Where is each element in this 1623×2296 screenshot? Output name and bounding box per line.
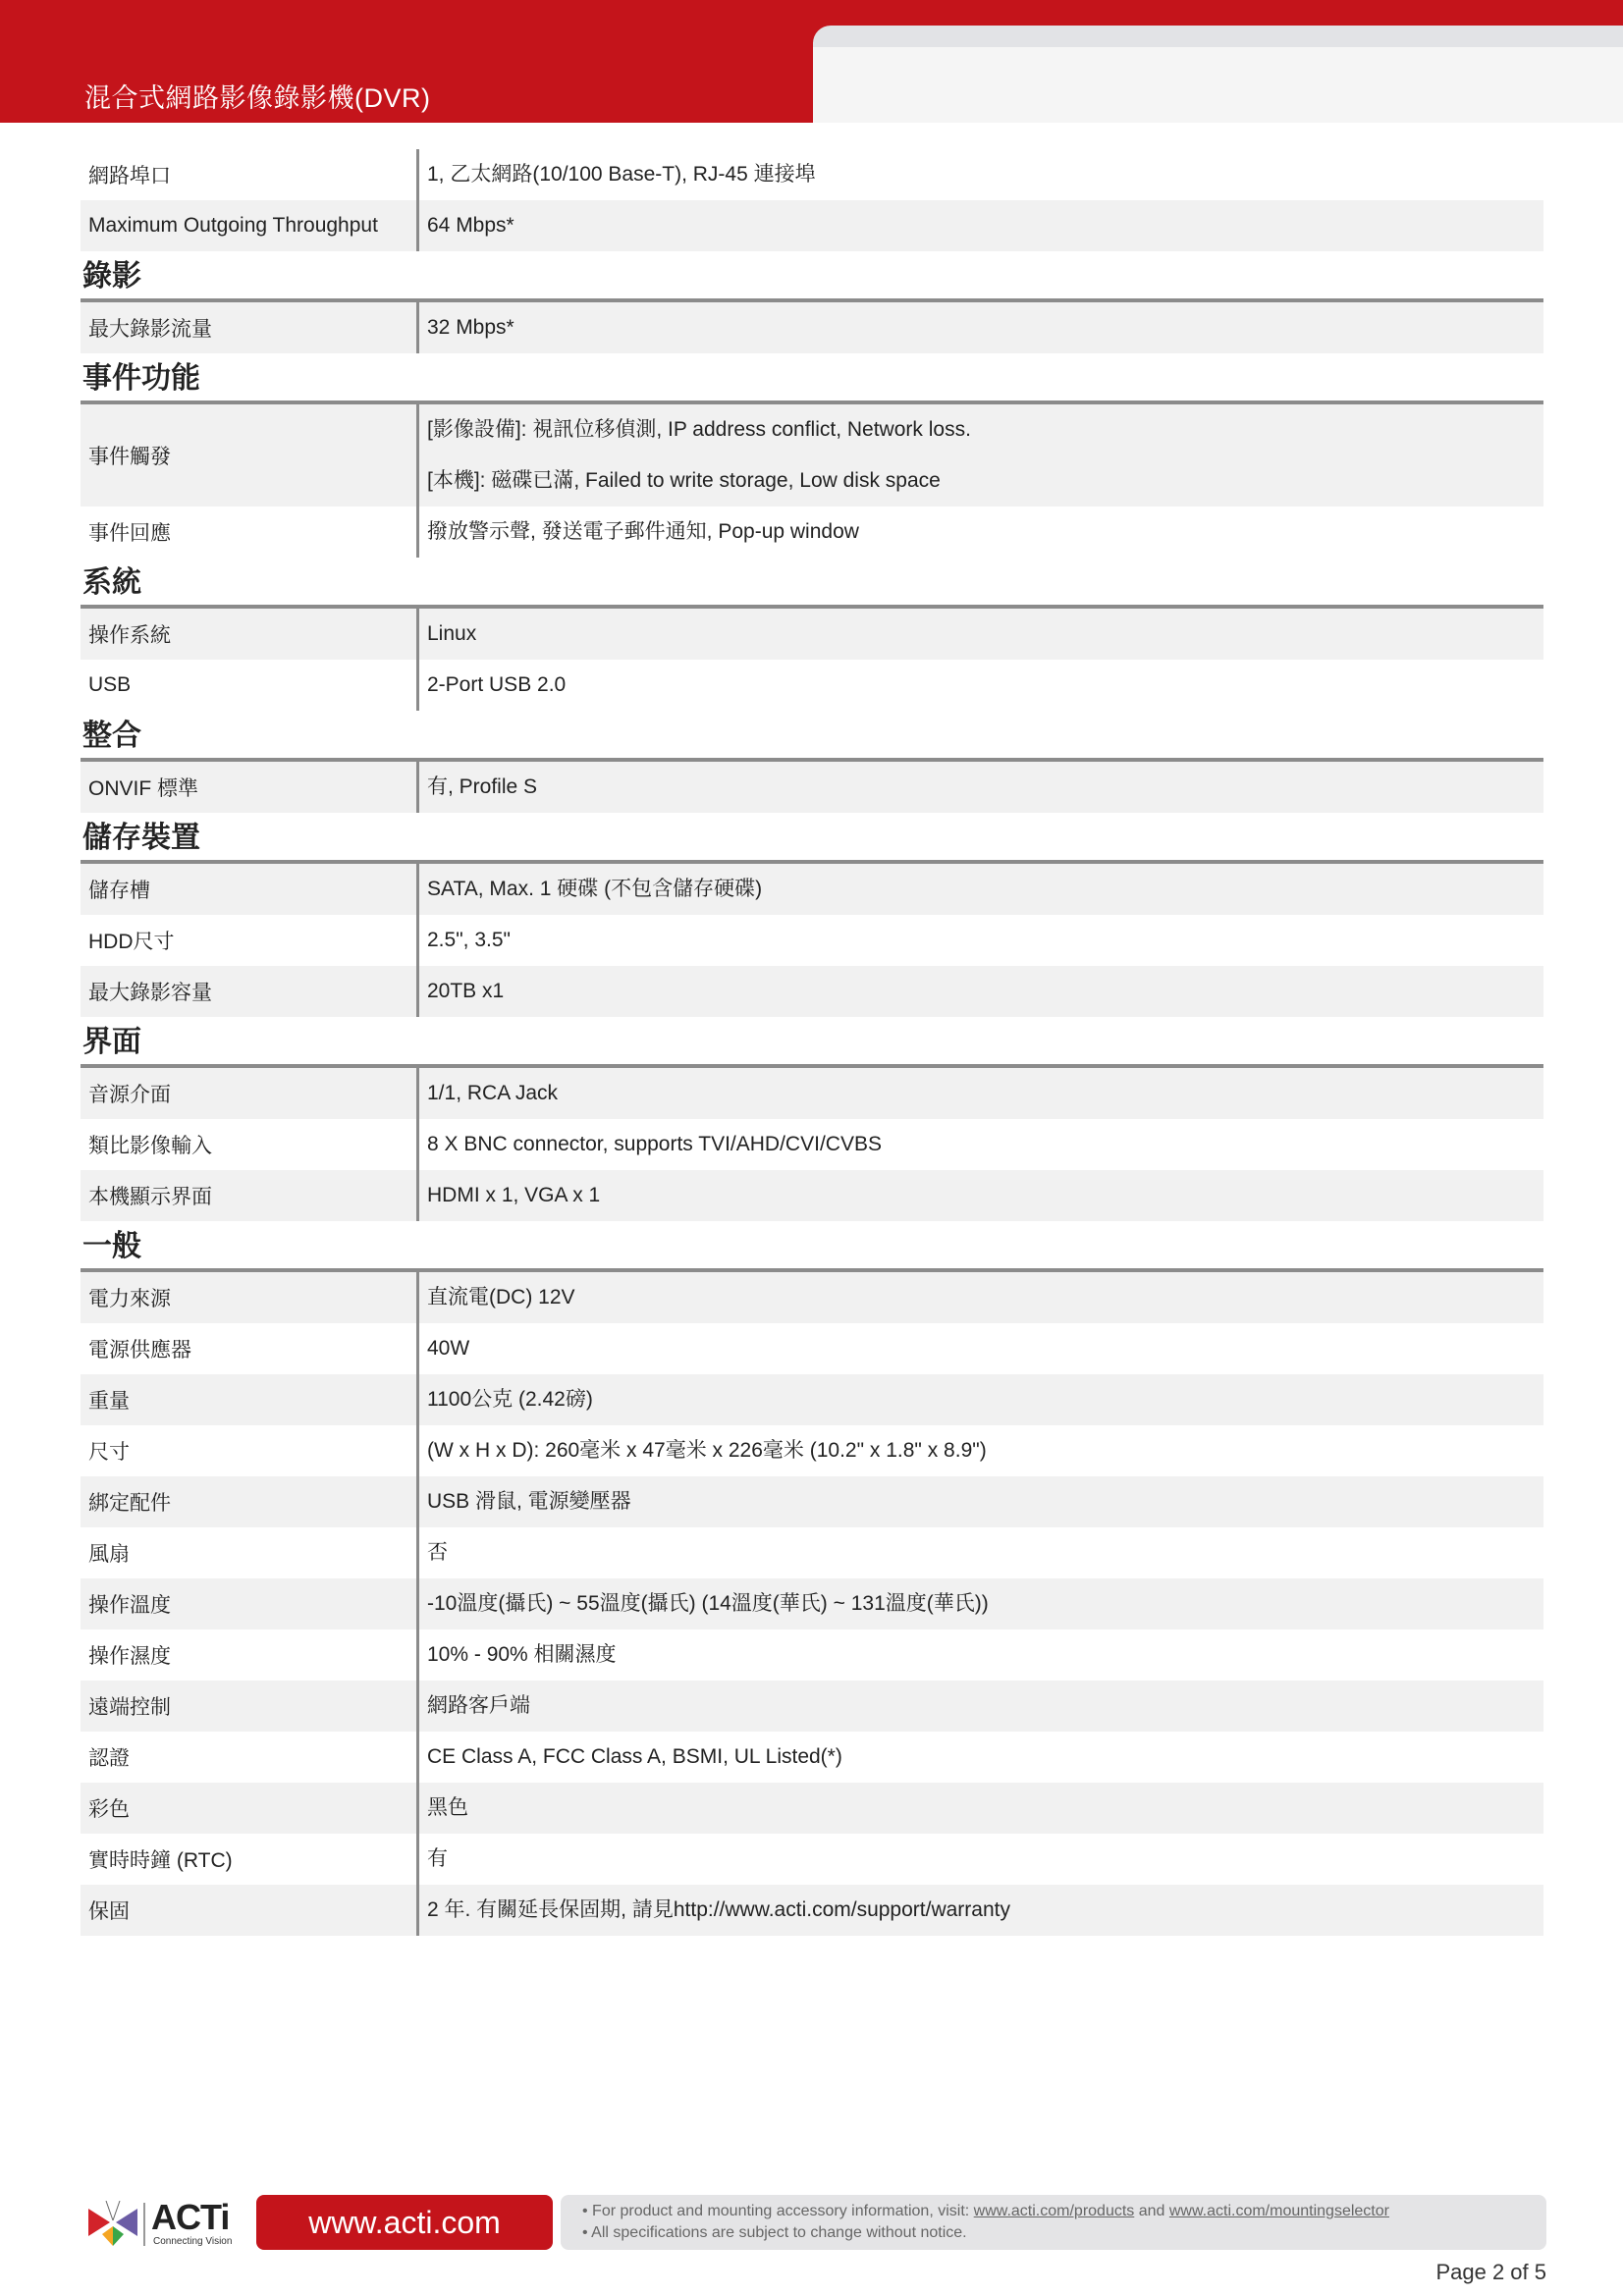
spec-row: 尺寸(W x H x D): 260毫米 x 47毫米 x 226毫米 (10.… bbox=[81, 1425, 1543, 1476]
spec-label: 最大錄影容量 bbox=[81, 966, 416, 1017]
spec-row: USB2-Port USB 2.0 bbox=[81, 660, 1543, 711]
spec-value: 40W bbox=[416, 1323, 1543, 1374]
spec-value: 有 bbox=[416, 1834, 1543, 1885]
spec-label: 彩色 bbox=[81, 1783, 416, 1834]
spec-label: 操作濕度 bbox=[81, 1629, 416, 1681]
spec-value-line: 32 Mbps* bbox=[427, 302, 1543, 353]
spec-value: 網路客戶端 bbox=[416, 1681, 1543, 1732]
spec-row: 儲存槽SATA, Max. 1 硬碟 (不包含儲存硬碟) bbox=[81, 864, 1543, 915]
spec-value: 2 年. 有關延長保固期, 請見http://www.acti.com/supp… bbox=[416, 1885, 1543, 1936]
section-title: 一般 bbox=[81, 1225, 1543, 1268]
acti-logo-icon bbox=[88, 2201, 137, 2248]
logo-tagline: Connecting Vision bbox=[153, 2236, 232, 2247]
spec-value-line: 1, 乙太網路(10/100 Base-T), RJ-45 連接埠 bbox=[427, 149, 1543, 200]
spec-table: 網路埠口1, 乙太網路(10/100 Base-T), RJ-45 連接埠Max… bbox=[81, 149, 1543, 1936]
spec-value-line: 20TB x1 bbox=[427, 966, 1543, 1017]
spec-value: HDMI x 1, VGA x 1 bbox=[416, 1170, 1543, 1221]
spec-value: CE Class A, FCC Class A, BSMI, UL Listed… bbox=[416, 1732, 1543, 1783]
spec-label: 綁定配件 bbox=[81, 1476, 416, 1527]
spec-row: 本機顯示界面HDMI x 1, VGA x 1 bbox=[81, 1170, 1543, 1221]
document-title: 混合式網路影像錄影機(DVR) bbox=[84, 77, 431, 115]
spec-value: 10% - 90% 相關濕度 bbox=[416, 1629, 1543, 1681]
spec-label: 最大錄影流量 bbox=[81, 302, 416, 353]
spec-label: HDD尺寸 bbox=[81, 915, 416, 966]
footer-notes: • For product and mounting accessory inf… bbox=[561, 2195, 1546, 2250]
spec-value: 1100公克 (2.42磅) bbox=[416, 1374, 1543, 1425]
spec-row: 認證CE Class A, FCC Class A, BSMI, UL List… bbox=[81, 1732, 1543, 1783]
spec-value: 1/1, RCA Jack bbox=[416, 1068, 1543, 1119]
spec-value-line: 64 Mbps* bbox=[427, 200, 1543, 251]
spec-value: 64 Mbps* bbox=[416, 200, 1543, 251]
section-title: 界面 bbox=[81, 1021, 1543, 1064]
spec-value-line: Linux bbox=[427, 609, 1543, 660]
section-title: 事件功能 bbox=[81, 357, 1543, 400]
spec-value-line: CE Class A, FCC Class A, BSMI, UL Listed… bbox=[427, 1732, 1543, 1783]
spec-value-line: [本機]: 磁碟已滿, Failed to write storage, Low… bbox=[427, 455, 1543, 507]
spec-row: 音源介面1/1, RCA Jack bbox=[81, 1068, 1543, 1119]
spec-value: 32 Mbps* bbox=[416, 302, 1543, 353]
spec-value-line: HDMI x 1, VGA x 1 bbox=[427, 1170, 1543, 1221]
spec-value-line: -10溫度(攝氏) ~ 55溫度(攝氏) (14溫度(華氏) ~ 131溫度(華… bbox=[427, 1578, 1543, 1629]
spec-label: 操作系統 bbox=[81, 609, 416, 660]
spec-value-line: 1/1, RCA Jack bbox=[427, 1068, 1543, 1119]
spec-row: 風扇否 bbox=[81, 1527, 1543, 1578]
spec-row: 保固2 年. 有關延長保固期, 請見http://www.acti.com/su… bbox=[81, 1885, 1543, 1936]
spec-value: -10溫度(攝氏) ~ 55溫度(攝氏) (14溫度(華氏) ~ 131溫度(華… bbox=[416, 1578, 1543, 1629]
spec-value: 20TB x1 bbox=[416, 966, 1543, 1017]
spec-label: ONVIF 標準 bbox=[81, 762, 416, 813]
spec-value-line: 1100公克 (2.42磅) bbox=[427, 1374, 1543, 1425]
spec-row: 電源供應器40W bbox=[81, 1323, 1543, 1374]
spec-row: 最大錄影容量20TB x1 bbox=[81, 966, 1543, 1017]
section-title: 系統 bbox=[81, 561, 1543, 605]
spec-value-line: 黑色 bbox=[427, 1783, 1543, 1834]
spec-row: 綁定配件USB 滑鼠, 電源變壓器 bbox=[81, 1476, 1543, 1527]
spec-value-line: 網路客戶端 bbox=[427, 1681, 1543, 1732]
spec-label: 事件觸發 bbox=[81, 404, 416, 507]
spec-label: 操作溫度 bbox=[81, 1578, 416, 1629]
spec-value-line: 10% - 90% 相關濕度 bbox=[427, 1629, 1543, 1681]
spec-value-line: 40W bbox=[427, 1323, 1543, 1374]
spec-label: 事件回應 bbox=[81, 507, 416, 558]
spec-row: 重量1100公克 (2.42磅) bbox=[81, 1374, 1543, 1425]
spec-value: 1, 乙太網路(10/100 Base-T), RJ-45 連接埠 bbox=[416, 149, 1543, 200]
spec-label: 音源介面 bbox=[81, 1068, 416, 1119]
spec-value-line: SATA, Max. 1 硬碟 (不包含儲存硬碟) bbox=[427, 864, 1543, 915]
spec-value-line: 2.5", 3.5" bbox=[427, 915, 1543, 966]
spec-row: HDD尺寸2.5", 3.5" bbox=[81, 915, 1543, 966]
spec-value: 2.5", 3.5" bbox=[416, 915, 1543, 966]
spec-row: 事件觸發[影像設備]: 視訊位移偵測, IP address conflict,… bbox=[81, 404, 1543, 507]
spec-row: 操作濕度10% - 90% 相關濕度 bbox=[81, 1629, 1543, 1681]
spec-row: 操作溫度-10溫度(攝氏) ~ 55溫度(攝氏) (14溫度(華氏) ~ 131… bbox=[81, 1578, 1543, 1629]
spec-value-line: 有 bbox=[427, 1834, 1543, 1885]
spec-label: USB bbox=[81, 660, 416, 711]
spec-row: 實時時鐘 (RTC)有 bbox=[81, 1834, 1543, 1885]
spec-row: 網路埠口1, 乙太網路(10/100 Base-T), RJ-45 連接埠 bbox=[81, 149, 1543, 200]
spec-label: 本機顯示界面 bbox=[81, 1170, 416, 1221]
spec-value: (W x H x D): 260毫米 x 47毫米 x 226毫米 (10.2"… bbox=[416, 1425, 1543, 1476]
spec-row: 操作系統Linux bbox=[81, 609, 1543, 660]
spec-value: 8 X BNC connector, supports TVI/AHD/CVI/… bbox=[416, 1119, 1543, 1170]
spec-label: 尺寸 bbox=[81, 1425, 416, 1476]
spec-row: 遠端控制網路客戶端 bbox=[81, 1681, 1543, 1732]
spec-value: SATA, Max. 1 硬碟 (不包含儲存硬碟) bbox=[416, 864, 1543, 915]
mountingselector-link[interactable]: www.acti.com/mountingselector bbox=[1169, 2203, 1389, 2219]
spec-value-line: 否 bbox=[427, 1527, 1543, 1578]
spec-value: 否 bbox=[416, 1527, 1543, 1578]
section-title: 錄影 bbox=[81, 255, 1543, 298]
header-tab-decoration bbox=[813, 26, 1623, 123]
spec-value-line: USB 滑鼠, 電源變壓器 bbox=[427, 1476, 1543, 1527]
spec-row: 類比影像輸入8 X BNC connector, supports TVI/AH… bbox=[81, 1119, 1543, 1170]
spec-row: 事件回應撥放警示聲, 發送電子郵件通知, Pop-up window bbox=[81, 507, 1543, 558]
spec-value: 撥放警示聲, 發送電子郵件通知, Pop-up window bbox=[416, 507, 1543, 558]
spec-label: 遠端控制 bbox=[81, 1681, 416, 1732]
spec-row: 電力來源直流電(DC) 12V bbox=[81, 1272, 1543, 1323]
spec-label: 網路埠口 bbox=[81, 149, 416, 200]
spec-value: USB 滑鼠, 電源變壓器 bbox=[416, 1476, 1543, 1527]
acti-logo: ACTi Connecting Vision bbox=[88, 2197, 236, 2252]
spec-value: 直流電(DC) 12V bbox=[416, 1272, 1543, 1323]
spec-value: 黑色 bbox=[416, 1783, 1543, 1834]
spec-value: 有, Profile S bbox=[416, 762, 1543, 813]
section-title: 儲存裝置 bbox=[81, 817, 1543, 860]
spec-value-line: 8 X BNC connector, supports TVI/AHD/CVI/… bbox=[427, 1119, 1543, 1170]
spec-label: 電源供應器 bbox=[81, 1323, 416, 1374]
spec-label: 電力來源 bbox=[81, 1272, 416, 1323]
spec-row: 最大錄影流量32 Mbps* bbox=[81, 302, 1543, 353]
note-text: and bbox=[1134, 2203, 1169, 2219]
spec-label: 保固 bbox=[81, 1885, 416, 1936]
page-header: 混合式網路影像錄影機(DVR) bbox=[0, 0, 1623, 123]
section-title: 整合 bbox=[81, 715, 1543, 758]
spec-row: 彩色黑色 bbox=[81, 1783, 1543, 1834]
spec-value-line: 撥放警示聲, 發送電子郵件通知, Pop-up window bbox=[427, 507, 1543, 558]
spec-value-line: 2 年. 有關延長保固期, 請見http://www.acti.com/supp… bbox=[427, 1885, 1543, 1936]
spec-value: [影像設備]: 視訊位移偵測, IP address conflict, Net… bbox=[416, 404, 1543, 507]
logo-divider bbox=[143, 2203, 145, 2246]
footer-note-disclaimer: • All specifications are subject to chan… bbox=[582, 2222, 1546, 2244]
spec-row: Maximum Outgoing Throughput64 Mbps* bbox=[81, 200, 1543, 251]
spec-label: 重量 bbox=[81, 1374, 416, 1425]
spec-value: Linux bbox=[416, 609, 1543, 660]
spec-value: 2-Port USB 2.0 bbox=[416, 660, 1543, 711]
spec-value-line: 直流電(DC) 12V bbox=[427, 1272, 1543, 1323]
spec-label: Maximum Outgoing Throughput bbox=[81, 200, 416, 251]
spec-label: 認證 bbox=[81, 1732, 416, 1783]
page-number: Page 2 of 5 bbox=[1435, 2260, 1546, 2285]
note-text: • For product and mounting accessory inf… bbox=[582, 2203, 974, 2219]
spec-row: ONVIF 標準有, Profile S bbox=[81, 762, 1543, 813]
spec-label: 儲存槽 bbox=[81, 864, 416, 915]
spec-label: 實時時鐘 (RTC) bbox=[81, 1834, 416, 1885]
spec-label: 風扇 bbox=[81, 1527, 416, 1578]
spec-value-line: (W x H x D): 260毫米 x 47毫米 x 226毫米 (10.2"… bbox=[427, 1425, 1543, 1476]
footer-note-products: • For product and mounting accessory inf… bbox=[582, 2201, 1546, 2222]
logo-wordmark: ACTi bbox=[151, 2197, 229, 2238]
spec-value-line: [影像設備]: 視訊位移偵測, IP address conflict, Net… bbox=[427, 404, 1543, 455]
spec-value-line: 2-Port USB 2.0 bbox=[427, 660, 1543, 711]
website-link-button[interactable]: www.acti.com bbox=[256, 2195, 553, 2250]
spec-value-line: 有, Profile S bbox=[427, 762, 1543, 813]
spec-label: 類比影像輸入 bbox=[81, 1119, 416, 1170]
products-link[interactable]: www.acti.com/products bbox=[974, 2203, 1135, 2219]
